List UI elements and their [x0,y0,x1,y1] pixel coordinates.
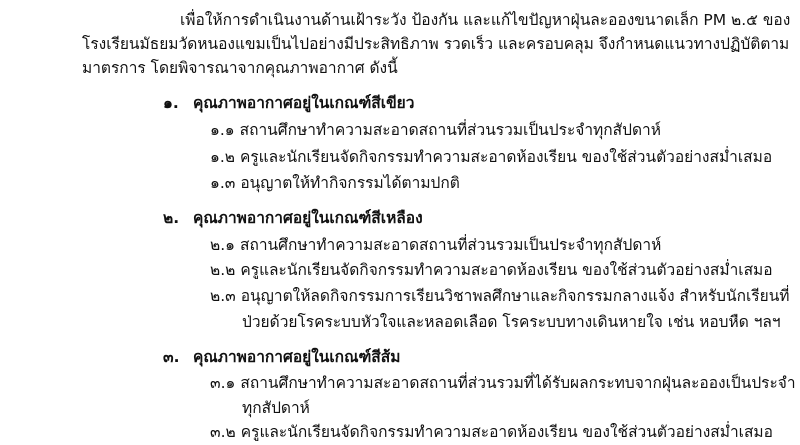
intro-line-2: โรงเรียนมัธยมวัดหนองแขมเป็นไปอย่างมีประส… [82,34,789,54]
section-title: คุณภาพอากาศอยู่ในเกณฑ์สีส้ม [193,348,400,366]
list-item: ๓.๑สถานศึกษาทำความสะอาดสถานที่ส่วนรวมที่… [210,373,796,393]
item-number: ๒.๑ [210,235,235,255]
section-number: ๑. [163,93,193,113]
item-number: ๑.๑ [210,120,235,140]
item-text: สถานศึกษาทำความสะอาดสถานที่ส่วนรวมเป็นปร… [240,121,661,139]
list-item: ๑.๑สถานศึกษาทำความสะอาดสถานที่ส่วนรวมเป็… [210,120,661,140]
section-heading-2: ๒.คุณภาพอากาศอยู่ในเกณฑ์สีเหลือง [163,208,423,228]
section-title: คุณภาพอากาศอยู่ในเกณฑ์สีเหลือง [193,209,423,227]
intro-line-1: เพื่อให้การดำเนินงานด้านเฝ้าระวัง ป้องกั… [180,10,790,30]
item-text: อนุญาตให้ลดกิจกรรมการเรียนวิชาพลศึกษาและ… [241,287,790,305]
item-number: ๑.๓ [210,173,235,193]
section-number: ๓. [163,347,193,367]
section-heading-1: ๑.คุณภาพอากาศอยู่ในเกณฑ์สีเขียว [163,93,414,113]
item-text: อนุญาตให้ทำกิจกรรมได้ตามปกติ [240,174,459,192]
section-heading-3: ๓.คุณภาพอากาศอยู่ในเกณฑ์สีส้ม [163,347,400,367]
item-number: ๑.๒ [210,147,235,167]
item-text: ครูและนักเรียนจัดกิจกรรมทำความสะอาดห้องเ… [240,261,772,279]
item-number: ๓.๒ [210,422,236,442]
list-item: ๒.๑สถานศึกษาทำความสะอาดสถานที่ส่วนรวมเป็… [210,235,661,255]
item-text: ครูและนักเรียนจัดกิจกรรมทำความสะอาดห้องเ… [241,423,773,441]
item-number: ๒.๓ [210,286,236,306]
list-item-continuation: ป่วยด้วยโรคระบบหัวใจและหลอดเลือด โรคระบบ… [242,312,781,332]
section-title: คุณภาพอากาศอยู่ในเกณฑ์สีเขียว [193,94,414,112]
list-item: ๓.๒ครูและนักเรียนจัดกิจกรรมทำความสะอาดห้… [210,422,773,442]
intro-line-3: มาตรการ โดยพิจารณาจากคุณภาพอากาศ ดังนี้ [82,58,398,78]
list-item-continuation: ทุกสัปดาห์ [242,398,310,418]
section-number: ๒. [163,208,193,228]
list-item: ๒.๓อนุญาตให้ลดกิจกรรมการเรียนวิชาพลศึกษา… [210,286,790,306]
list-item: ๑.๒ครูและนักเรียนจัดกิจกรรมทำความสะอาดห้… [210,147,772,167]
item-number: ๓.๑ [210,373,235,393]
list-item: ๑.๓อนุญาตให้ทำกิจกรรมได้ตามปกติ [210,173,460,193]
item-text: สถานศึกษาทำความสะอาดสถานที่ส่วนรวมที่ได้… [240,374,795,392]
item-text: สถานศึกษาทำความสะอาดสถานที่ส่วนรวมเป็นปร… [240,236,661,254]
list-item: ๒.๒ครูและนักเรียนจัดกิจกรรมทำความสะอาดห้… [210,260,773,280]
item-number: ๒.๒ [210,260,235,280]
item-text: ครูและนักเรียนจัดกิจกรรมทำความสะอาดห้องเ… [240,148,772,166]
